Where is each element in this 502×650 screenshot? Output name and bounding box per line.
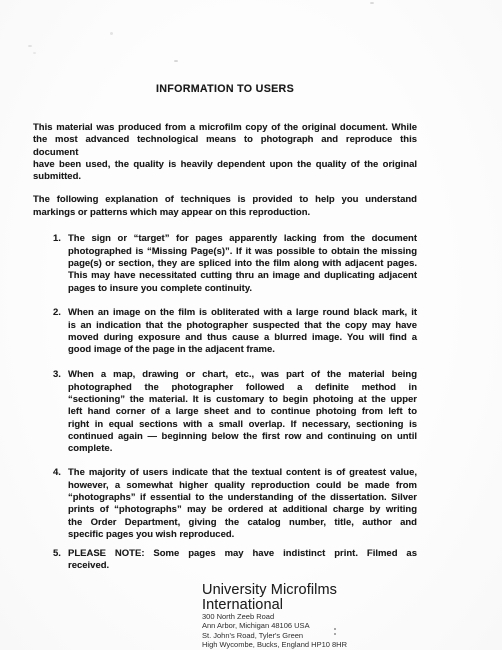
scan-colon-artifact <box>334 628 336 630</box>
list-item-3-number: 3. <box>53 369 61 381</box>
intro-paragraph-2: The following explanation of techniques … <box>33 194 417 219</box>
text-line: right in equal sections with a small ove… <box>68 419 417 431</box>
list-item-3: 3. When a map, drawing or chart, etc., w… <box>33 369 417 455</box>
text-line: markings or patterns which may appear on… <box>33 207 417 219</box>
text-line: complete. <box>68 443 417 455</box>
text-line: have been used, the quality is heavily d… <box>33 159 417 171</box>
publisher-address-us: 300 North Zeeb RoadAnn Arbor, Michigan 4… <box>202 613 417 631</box>
text-line: page(s) or section, they are spliced int… <box>68 258 417 270</box>
text-line: The sign or “target” for pages apparentl… <box>68 233 417 245</box>
scan-speck <box>28 45 32 47</box>
list-item-2-text: When an image on the film is obliterated… <box>68 307 417 356</box>
text-line: received. <box>68 560 417 572</box>
list-item-2: 2. When an image on the film is oblitera… <box>33 307 417 356</box>
list-item-5-number: 5. <box>53 548 61 560</box>
text-line: continued again — beginning below the fi… <box>68 431 417 443</box>
text-line: specific pages you wish reproduced. <box>68 529 417 541</box>
scan-speck <box>110 32 113 35</box>
list-item-5-text: PLEASE NOTE: Some pages may have indisti… <box>68 548 417 573</box>
page-title: INFORMATION TO USERS <box>33 83 417 96</box>
list-item-3-text: When a map, drawing or chart, etc., was … <box>68 369 417 455</box>
list-item-5: 5. PLEASE NOTE: Some pages may have indi… <box>33 548 417 573</box>
text-line: “sectioning” the material. It is customa… <box>68 394 417 406</box>
text-line: photographed is “Missing Page(s)”. If it… <box>68 246 417 258</box>
list-item-2-number: 2. <box>53 307 61 319</box>
text-line: The following explanation of techniques … <box>33 194 417 206</box>
scan-speck <box>370 2 374 4</box>
document-content: INFORMATION TO USERS This material was p… <box>33 0 417 650</box>
publisher-name: University Microfilms International <box>202 583 417 613</box>
intro-paragraph-1: This material was produced from a microf… <box>33 122 417 184</box>
text-line: This may have necessitated cutting thru … <box>68 270 417 282</box>
text-line: Ann Arbor, Michigan 48106 USA <box>202 622 417 631</box>
text-line: moved during exposure and thus cause a b… <box>68 332 417 344</box>
text-line: is an indication that the photographer s… <box>68 320 417 332</box>
list-item-1-number: 1. <box>53 233 61 245</box>
text-line: submitted. <box>33 171 417 183</box>
text-line: left hand corner of a large sheet and to… <box>68 406 417 418</box>
scan-speck <box>33 52 36 54</box>
text-line: When a map, drawing or chart, etc., was … <box>68 369 417 381</box>
list-item-1-text: The sign or “target” for pages apparentl… <box>68 233 417 295</box>
text-line: pages to insure you complete continuity. <box>68 283 417 295</box>
text-line: the Order Department, giving the catalog… <box>68 517 417 529</box>
scan-speck <box>174 60 178 62</box>
list-item-1: 1. The sign or “target” for pages appare… <box>33 233 417 295</box>
text-line: photographed the photographer followed a… <box>68 382 417 394</box>
text-line: High Wycombe, Bucks, England HP10 8HR <box>202 641 417 650</box>
text-line: The majority of users indicate that the … <box>68 467 417 479</box>
publisher-address-uk: St. John's Road, Tyler's GreenHigh Wycom… <box>202 632 417 650</box>
text-line: “photographs” if essential to the unders… <box>68 492 417 504</box>
text-line: prints of “photographs” may be ordered a… <box>68 504 417 516</box>
publisher-block: University Microfilms International 300 … <box>202 583 417 650</box>
text-line: When an image on the film is obliterated… <box>68 307 417 319</box>
list-item-4-text: The majority of users indicate that the … <box>68 467 417 541</box>
document-page: INFORMATION TO USERS This material was p… <box>0 0 502 650</box>
list-item-4-number: 4. <box>53 467 61 479</box>
text-line: however, a somewhat higher quality repro… <box>68 480 417 492</box>
list-item-4: 4. The majority of users indicate that t… <box>33 467 417 541</box>
text-line: the most advanced technological means to… <box>33 134 417 159</box>
text-line: good image of the page in the adjacent f… <box>68 344 417 356</box>
text-line: PLEASE NOTE: Some pages may have indisti… <box>68 548 417 560</box>
text-line: This material was produced from a microf… <box>33 122 417 134</box>
